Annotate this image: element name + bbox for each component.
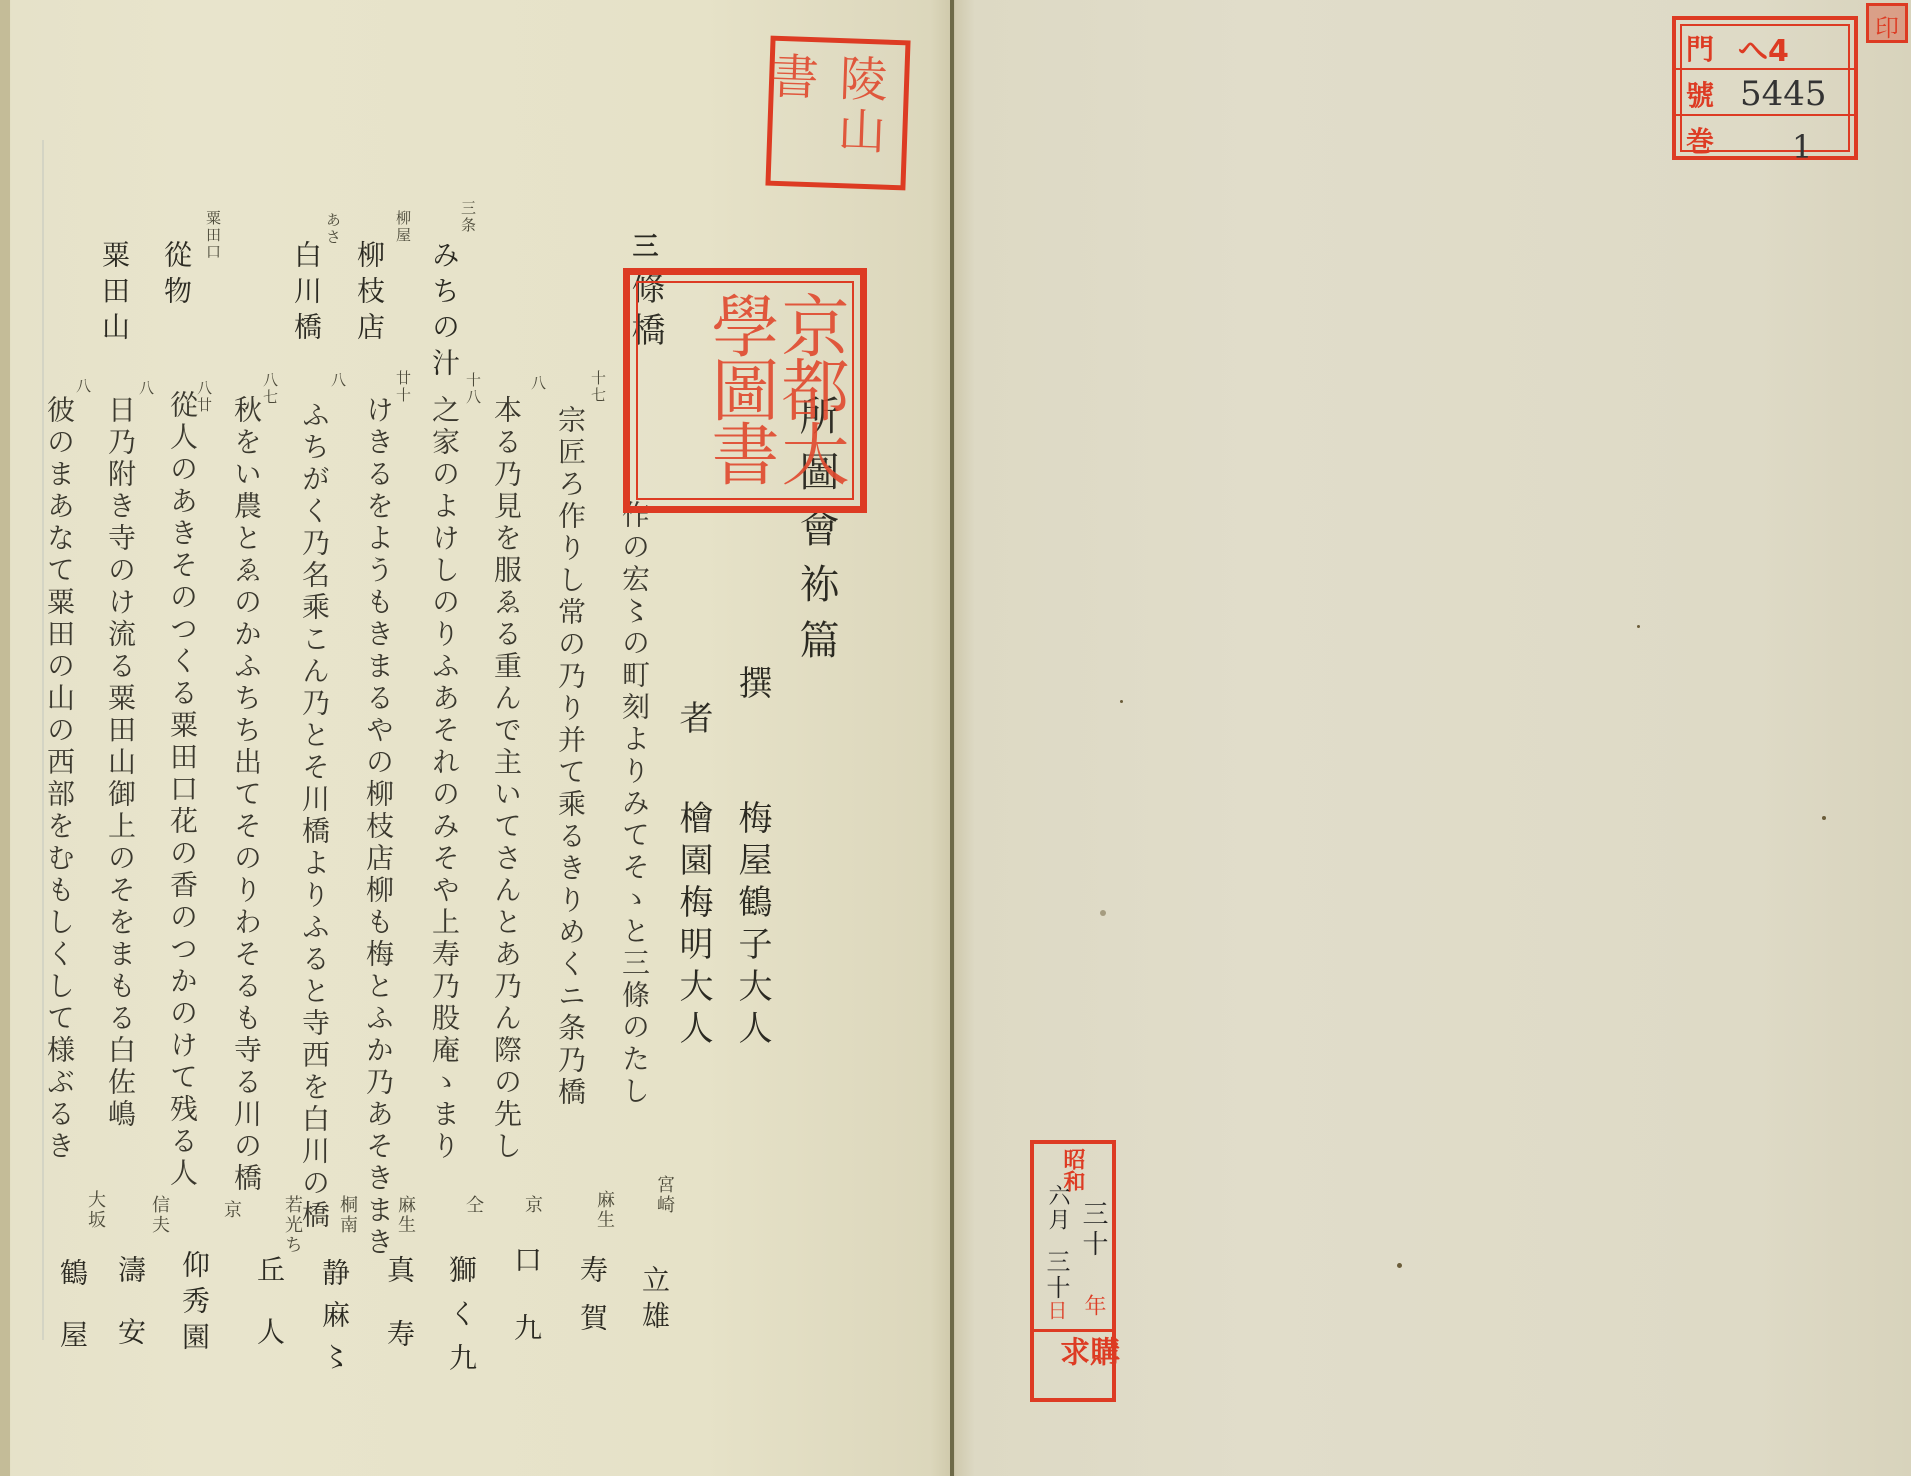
poet-place: 若光ち — [283, 1195, 301, 1255]
heading-text: みちの汁 — [430, 240, 458, 384]
acquisition-label: 購求 — [1056, 1336, 1116, 1398]
writer-role: 者 — [676, 700, 710, 742]
verse-marker: 廿十 — [395, 370, 410, 404]
verse-column: 宗匠ろ作りし常の乃り并て乘るきりめくニ条乃橋 — [556, 405, 584, 1109]
heading-text: 白川橋 — [292, 240, 320, 348]
left-page-edge — [0, 0, 10, 1476]
acquisition-year-suffix: 年 — [1082, 1294, 1104, 1316]
poet-place: 仝 — [464, 1195, 482, 1215]
poet-name: 丘人 — [255, 1255, 283, 1379]
call-number-stamp: 門 へ4 號 5445 巻 1 — [1672, 16, 1858, 160]
poet-name: 立雄 — [640, 1265, 668, 1337]
compiler-role: 撰 — [735, 665, 769, 707]
heading-label: あさ — [325, 212, 340, 246]
poet-place: 麻生 — [595, 1190, 613, 1230]
verse-marker: 八七 — [262, 372, 277, 406]
verse-column: 彼のまあなて粟田の山の西部をむもしくして様ぶるき — [45, 395, 73, 1163]
verse-marker: 八 — [75, 378, 90, 395]
poet-name: 真寿 — [385, 1255, 413, 1383]
verse-marker: 八 — [138, 380, 153, 397]
poet-name: 濤安 — [116, 1255, 144, 1379]
poet-name: 仰秀園 — [180, 1250, 208, 1358]
writer-name: 檜園梅明大人 — [676, 800, 710, 1052]
call-row3-value: 1 — [1792, 128, 1812, 166]
verse-marker: 十七 — [590, 370, 605, 404]
acquisition-month: 六月 — [1046, 1184, 1068, 1232]
heading-text: 從物 — [162, 240, 190, 312]
paper-speck — [1822, 816, 1826, 820]
university-library-seal-text: 京都大學圖書 — [704, 291, 844, 496]
verse-column: 從人のあきそのつくる粟田口花の香のつかのけて残る人 — [168, 390, 196, 1190]
verse-column: 日乃附き寺のけ流る粟田山御上のそをまもる白佐嶋 — [106, 395, 134, 1131]
book-spine — [950, 0, 954, 1476]
verse-column: 作の宏〻の町刻よりみてそゝと三條のたし — [620, 500, 648, 1108]
paper-speck — [1637, 625, 1640, 628]
poet-place: 信夫 — [150, 1195, 168, 1235]
heading-label: 粟田口 — [205, 210, 220, 261]
poet-place: 京 — [222, 1200, 240, 1220]
corner-seal-text: 印 — [1875, 8, 1899, 43]
paper-speck — [1397, 1263, 1402, 1268]
verse-column: 本る乃見を服ゑる重んで主いてさんとあ乃ん際の先し — [492, 395, 520, 1163]
poet-name: 獅く九 — [447, 1255, 475, 1387]
university-library-seal: 京都大學圖書 — [623, 268, 867, 513]
paper-speck — [1100, 910, 1106, 916]
heading-label: 柳屋 — [395, 210, 410, 244]
library-seal-top: 陵山書 — [765, 36, 910, 191]
acquisition-year: 三十 — [1080, 1200, 1106, 1260]
poet-place: 宮崎 — [655, 1175, 673, 1215]
poet-place: 麻生 — [396, 1195, 414, 1235]
poet-place: 桐南 — [338, 1195, 356, 1235]
call-row2-value: 5445 — [1740, 74, 1827, 114]
compiler-name: 梅屋鶴子大人 — [735, 800, 769, 1052]
poet-name: 静麻〻 — [320, 1258, 348, 1384]
verse-marker: 十八 — [465, 372, 480, 406]
acquisition-date-stamp: 昭和 三十 年 六月 三十 日 購求 — [1030, 1140, 1116, 1402]
call-row1-label: 門 — [1686, 28, 1714, 68]
call-row2-label: 號 — [1686, 74, 1714, 114]
verse-column: ふちがく乃名乘こん乃とそ川橋よりふると寺西を白川の橋 — [300, 400, 328, 1232]
call-row1-value: へ4 — [1738, 26, 1789, 70]
verse-column: 秋をい農とゑのかふちち出てそのりわそるも寺る川の橋 — [232, 395, 260, 1195]
library-seal-top-text: 陵山書 — [753, 50, 895, 185]
poet-name: 口九 — [512, 1245, 540, 1381]
heading-text: 柳枝店 — [355, 240, 383, 348]
poet-place: 大坂 — [86, 1190, 104, 1230]
heading-text: 粟田山 — [100, 240, 128, 348]
verse-marker: 八 — [330, 372, 345, 389]
section-number: 三 — [630, 232, 656, 266]
verse-column: けきるをようもきまるやの柳枝店柳も梅とふか乃あそきまき — [364, 395, 392, 1259]
acquisition-day-suffix: 日 — [1046, 1300, 1066, 1320]
call-row3-label: 巻 — [1686, 120, 1714, 160]
poet-name: 鶴屋 — [58, 1258, 86, 1382]
corner-seal: 印 — [1866, 3, 1908, 43]
heading-label: 三条 — [460, 200, 475, 234]
verse-column: 之家のよけしのりふあそれのみそや上寿乃股庵ゝまり — [430, 395, 458, 1163]
poet-place: 京 — [523, 1195, 541, 1215]
acquisition-day: 三十 — [1044, 1249, 1068, 1301]
poet-name: 寿賀 — [578, 1255, 606, 1351]
verse-marker: 八 — [530, 375, 545, 392]
paper-speck — [1120, 700, 1123, 703]
